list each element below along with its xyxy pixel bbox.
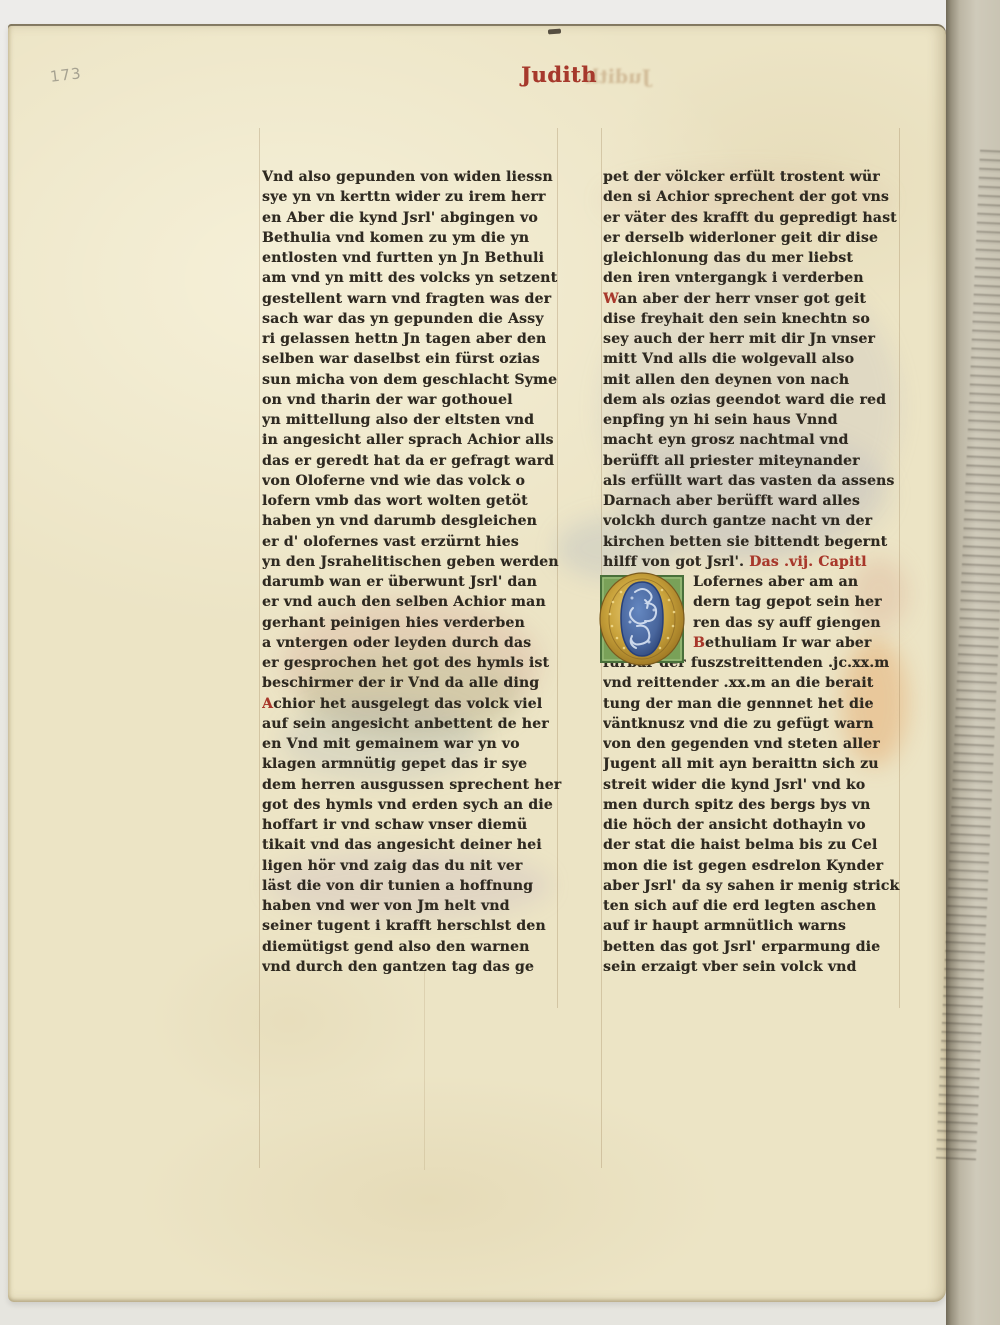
manuscript-text-line: ri gelassen hettn Jn tagen aber den xyxy=(262,329,564,349)
manuscript-text-line: aber Jsrl' da sy sahen ir menig strick xyxy=(603,876,905,896)
manuscript-text-line: sein erzaigt vber sein volck vnd xyxy=(603,957,905,977)
manuscript-text-line: mon die ist gegen esdrelon Kynder xyxy=(603,856,905,876)
manuscript-text-line: volckh durch gantze nacht vn der xyxy=(603,511,905,531)
incipit-text: hilff von got Jsrl'. xyxy=(603,554,744,570)
manuscript-text-line: betten das got Jsrl' erparmung die xyxy=(603,937,905,957)
book-fore-edge xyxy=(946,0,1000,1325)
manuscript-text-line: macht eyn grosz nachtmal vnd xyxy=(603,430,905,450)
manuscript-text-line: vnd durch den gantzen tag das ge xyxy=(262,957,564,977)
manuscript-text-line: väntknusz vnd die zu gefügt warn xyxy=(603,714,905,734)
manuscript-text-line: yn mittellung also der eltsten vnd xyxy=(262,410,564,430)
manuscript-text-line: diemütigst gend also den warnen xyxy=(262,937,564,957)
manuscript-text-line: den si Achior sprechent der got vns xyxy=(603,187,905,207)
manuscript-text-line: ten sich auf die erd legten aschen xyxy=(603,896,905,916)
manuscript-text-line: Lofernes aber am an xyxy=(693,572,905,592)
manuscript-text-line: sye yn vn kerttn wider zu irem herr xyxy=(262,187,564,207)
running-title: Judith xyxy=(521,62,597,87)
manuscript-text-line: kirchen betten sie bittendt begernt xyxy=(603,532,905,552)
manuscript-text-line: tung der man die gennnet het die xyxy=(603,694,905,714)
manuscript-text-line: am vnd yn mitt des volcks yn setzent xyxy=(262,268,564,288)
manuscript-text-line: klagen armnütig gepet das ir sye xyxy=(262,754,564,774)
illuminated-initial-artwork xyxy=(599,570,687,668)
manuscript-text-line: gleichlonung das du mer liebst xyxy=(603,248,905,268)
manuscript-text-line: on vnd tharin der war gothouel xyxy=(262,390,564,410)
manuscript-text-line: auf sein angesicht anbettent de her xyxy=(262,714,564,734)
manuscript-text-line: vnd reittender .xx.m an die berait xyxy=(603,673,905,693)
manuscript-text-line: sach war das yn gepunden die Assy xyxy=(262,309,564,329)
manuscript-text-line: berüfft all priester miteynander xyxy=(603,451,905,471)
manuscript-text-line: von Oloferne vnd wie das volck o xyxy=(262,471,564,491)
manuscript-text-line: den iren vntergangk i verderben xyxy=(603,268,905,288)
manuscript-text-line: läst die von dir tunien a hoffnung xyxy=(262,876,564,896)
manuscript-text-line: tikait vnd das angesicht deiner hei xyxy=(262,835,564,855)
manuscript-text-line: er vnd auch den selben Achior man xyxy=(262,592,564,612)
illuminated-initial: O xyxy=(603,572,693,651)
manuscript-text-line: seiner tugent i krafft herschlst den xyxy=(262,916,564,936)
manuscript-text-line: gerhant peinigen hies verderben xyxy=(262,613,564,633)
manuscript-text-line: Darnach aber berüfft ward alles xyxy=(603,491,905,511)
manuscript-text-line: got des hymls vnd erden sych an die xyxy=(262,795,564,815)
manuscript-text-line: auf ir haupt armnütlich warns xyxy=(603,916,905,936)
manuscript-text-line: lofern vmb das wort wolten getöt xyxy=(262,491,564,511)
manuscript-text-line: das er geredt hat da er gefragt ward xyxy=(262,451,564,471)
manuscript-text-line: sey auch der herr mit dir Jn vnser xyxy=(603,329,905,349)
manuscript-text-line: streit wider die kynd Jsrl' vnd ko xyxy=(603,775,905,795)
manuscript-text-line: Bethulia vnd komen zu ym die yn xyxy=(262,228,564,248)
manuscript-text-line: in angesicht aller sprach Achior alls xyxy=(262,430,564,450)
manuscript-text-line: die höch der ansicht dothayin vo xyxy=(603,815,905,835)
manuscript-text-line: mit allen den deynen von nach xyxy=(603,370,905,390)
manuscript-text-line: dise freyhait den sein knechtn so xyxy=(603,309,905,329)
manuscript-text-line: en Vnd mit gemainem war yn vo xyxy=(262,734,564,754)
manuscript-text-line: hoffart ir vnd schaw vnser diemü xyxy=(262,815,564,835)
text-column-right: pet der völcker erfült trostent würden s… xyxy=(603,167,905,977)
manuscript-text-line: dem als ozias geendot ward die red xyxy=(603,390,905,410)
manuscript-text-line: men durch spitz des bergs bys vn xyxy=(603,795,905,815)
text-block-top: pet der völcker erfült trostent würden s… xyxy=(603,167,905,552)
chapter-rubric: Das .vij. Capitl xyxy=(749,554,866,570)
manuscript-text-line: pet der völcker erfült trostent wür xyxy=(603,167,905,187)
manuscript-text-line: Achior het ausgelegt das volck viel xyxy=(262,694,564,714)
ruling-line xyxy=(259,128,260,1168)
manuscript-text-line: dern tag gepot sein her xyxy=(693,592,905,612)
manuscript-text-line: er gesprochen het got des hymls ist xyxy=(262,653,564,673)
manuscript-text-line: a vntergen oder leyden durch das xyxy=(262,633,564,653)
manuscript-text-line: haben yn vnd darumb desgleichen xyxy=(262,511,564,531)
manuscript-text-line: enpfing yn hi sein haus Vnnd xyxy=(603,410,905,430)
facing-page-text-edge xyxy=(936,150,1000,1161)
manuscript-text-line: dem herren ausgussen sprechent her xyxy=(262,775,564,795)
rubric-line: hilff von got Jsrl'. Das .vij. Capitl xyxy=(603,552,905,572)
manuscript-text-line: entlosten vnd furtten yn Jn Bethuli xyxy=(262,248,564,268)
manuscript-text-line: der stat die haist belma bis zu Cel xyxy=(603,835,905,855)
manuscript-text-line: Wan aber der herr vnser got geit xyxy=(603,289,905,309)
manuscript-text-line: Bethuliam Ir war aber xyxy=(693,633,905,653)
manuscript-text-line: selben war daselbst ein fürst ozias xyxy=(262,349,564,369)
text-column-left: Vnd also gepunden von widen liessnsye yn… xyxy=(262,167,564,977)
manuscript-text-line: er d' olofernes vast erzürnt hies xyxy=(262,532,564,552)
manuscript-text-line: Vnd also gepunden von widen liessn xyxy=(262,167,564,187)
manuscript-text-line: mitt Vnd alls die wolgevall also xyxy=(603,349,905,369)
crease-line xyxy=(424,960,425,1170)
manuscript-text-line: beschirmer der ir Vnd da alle ding xyxy=(262,673,564,693)
manuscript-text-line: sun micha von dem geschlacht Syme xyxy=(262,370,564,390)
manuscript-text-line: en Aber die kynd Jsrl' abgingen vo xyxy=(262,208,564,228)
top-edge-mark xyxy=(548,29,561,35)
manuscript-text-line: ligen hör vnd zaig das du nit ver xyxy=(262,856,564,876)
manuscript-text-line: ren das sy auff giengen xyxy=(693,613,905,633)
manuscript-text-line: von den gegenden vnd steten aller xyxy=(603,734,905,754)
manuscript-text-line: gestellent warn vnd fragten was der xyxy=(262,289,564,309)
folio-number-pencil: 173 xyxy=(49,64,83,86)
manuscript-text-line: er väter des krafft du gepredigt hast xyxy=(603,208,905,228)
manuscript-text-line: haben vnd wer von Jm helt vnd xyxy=(262,896,564,916)
manuscript-text-line: er derselb widerloner geit dir dise xyxy=(603,228,905,248)
manuscript-text-line: Jugent all mit ayn beraittn sich zu xyxy=(603,754,905,774)
manuscript-text-line: yn den Jsrahelitischen geben werden xyxy=(262,552,564,572)
chapter-opening-block: O xyxy=(603,572,905,977)
manuscript-text-line: als erfüllt wart das vasten da assens xyxy=(603,471,905,491)
manuscript-text-line: darumb wan er überwunt Jsrl' dan xyxy=(262,572,564,592)
